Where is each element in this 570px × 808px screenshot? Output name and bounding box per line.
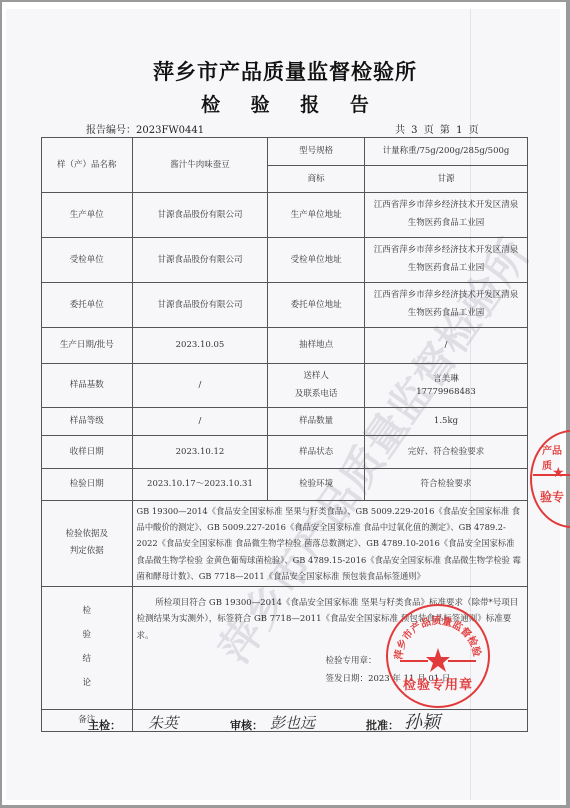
approver-signature: 孙颖 — [404, 708, 440, 734]
producer-value: 甘源食品股份有限公司 — [132, 193, 268, 238]
conclusion-char: 结 — [45, 648, 129, 672]
sender-label-line2: 及联系电话 — [271, 386, 361, 404]
client-address-line1: 江西省萍乡市萍乡经济技术开发区清泉 — [368, 287, 524, 305]
producer-address-line2: 生物医药食品工业园 — [368, 215, 524, 233]
client-address-label: 委托单位地址 — [268, 283, 365, 328]
client-address: 江西省萍乡市萍乡经济技术开发区清泉生物医药食品工业园 — [364, 283, 527, 328]
conclusion-char: 验 — [45, 624, 129, 648]
report-number-label: 报告编号： — [86, 125, 136, 136]
environment-label: 检验环境 — [268, 469, 365, 501]
inspected-address: 江西省萍乡市萍乡经济技术开发区清泉生物医药食品工业园 — [364, 238, 527, 283]
sender-info: 言美琳17779968483 — [364, 364, 527, 408]
sender-label-line1: 送样人 — [271, 368, 361, 386]
brand-value: 甘源 — [364, 166, 527, 193]
spec-label: 型号规格 — [268, 138, 365, 166]
production-date: 2023.10.05 — [132, 328, 268, 364]
quantity-value: 1.5kg — [364, 408, 527, 436]
basis-label-line2: 判定依据 — [45, 543, 129, 561]
grade-label: 样品等级 — [42, 408, 133, 436]
inspector-label: 主检： — [88, 717, 121, 733]
producer-address-line1: 江西省萍乡市萍乡经济技术开发区清泉 — [368, 197, 524, 215]
producer-address: 江西省萍乡市萍乡经济技术开发区清泉生物医药食品工业园 — [364, 193, 527, 238]
inspected-unit-value: 甘源食品股份有限公司 — [132, 238, 268, 283]
sample-base-label: 样品基数 — [42, 364, 133, 408]
sampling-place-label: 抽样地点 — [268, 328, 365, 364]
receive-date-label: 收样日期 — [42, 436, 133, 469]
sender-label: 送样人及联系电话 — [268, 364, 365, 408]
conclusion-label: 检 验 结 论 — [42, 586, 133, 709]
seal-type: 检验专用章 — [388, 674, 488, 693]
inspected-address-line2: 生物医药食品工业园 — [368, 260, 524, 278]
product-name-label: 样（产）品名称 — [42, 138, 133, 193]
inspected-address-line1: 江西省萍乡市萍乡经济技术开发区清泉 — [368, 242, 524, 260]
client-value: 甘源食品股份有限公司 — [132, 283, 268, 328]
seal-label: 检验专用章： — [326, 653, 377, 670]
inspection-seal: 萍乡市产品质量监督检验所 检验专用章 — [386, 604, 490, 708]
inspected-unit-label: 受检单位 — [42, 238, 133, 283]
sample-base: / — [132, 364, 268, 408]
sample-state-label: 样品状态 — [268, 436, 365, 469]
test-date: 2023.10.17～2023.10.31 — [132, 469, 268, 501]
page-info: 共 3 页 第 1 页 — [395, 121, 479, 136]
issue-date-label: 签发日期： — [326, 674, 369, 684]
remarks-value — [132, 709, 527, 731]
client-address-line2: 生物医药食品工业园 — [368, 305, 524, 323]
report-number-value: 2023FW0441 — [136, 125, 204, 136]
producer-address-label: 生产单位地址 — [268, 193, 365, 238]
report-number: 报告编号：2023FW0441 — [86, 121, 204, 136]
production-date-label: 生产日期/批号 — [42, 328, 133, 364]
spec-value: 计量称重/75g/200g/285g/500g — [364, 138, 527, 166]
sender-name: 言美琳 — [368, 373, 524, 386]
report-title: 检 验 报 告 — [0, 90, 570, 117]
sender-phone: 17779968483 — [368, 386, 524, 399]
product-name: 酱汁牛肉味蚕豆 — [132, 138, 268, 193]
conclusion-char: 论 — [45, 672, 129, 696]
client-label: 委托单位 — [42, 283, 133, 328]
quantity-label: 样品数量 — [268, 408, 365, 436]
institution-title: 萍乡市产品质量监督检验所 — [0, 56, 570, 86]
edge-seal: 产品质 ★ 验专 — [530, 430, 570, 528]
brand-label: 商标 — [268, 166, 365, 193]
inspector-signature: 朱英 — [148, 712, 178, 733]
basis-label: 检验依据及判定依据 — [42, 501, 133, 587]
reviewer-signature: 彭也远 — [270, 712, 315, 733]
test-date-label: 检验日期 — [42, 469, 133, 501]
approver-label: 批准： — [366, 717, 399, 733]
sampling-place: / — [364, 328, 527, 364]
environment-value: 符合检验要求 — [364, 469, 527, 501]
grade-value: / — [132, 408, 268, 436]
basis-text: GB 19300—2014《食品安全国家标准 坚果与籽类食品》、GB 5009.… — [132, 501, 527, 587]
inspected-address-label: 受检单位地址 — [268, 238, 365, 283]
svg-text:萍乡市产品质量监督检验所: 萍乡市产品质量监督检验所 — [388, 606, 484, 660]
sample-state: 完好、符合检验要求 — [364, 436, 527, 469]
reviewer-label: 审核： — [230, 717, 263, 733]
receive-date: 2023.10.12 — [132, 436, 268, 469]
basis-label-line1: 检验依据及 — [45, 526, 129, 544]
conclusion-char: 检 — [45, 600, 129, 624]
producer-label: 生产单位 — [42, 193, 133, 238]
